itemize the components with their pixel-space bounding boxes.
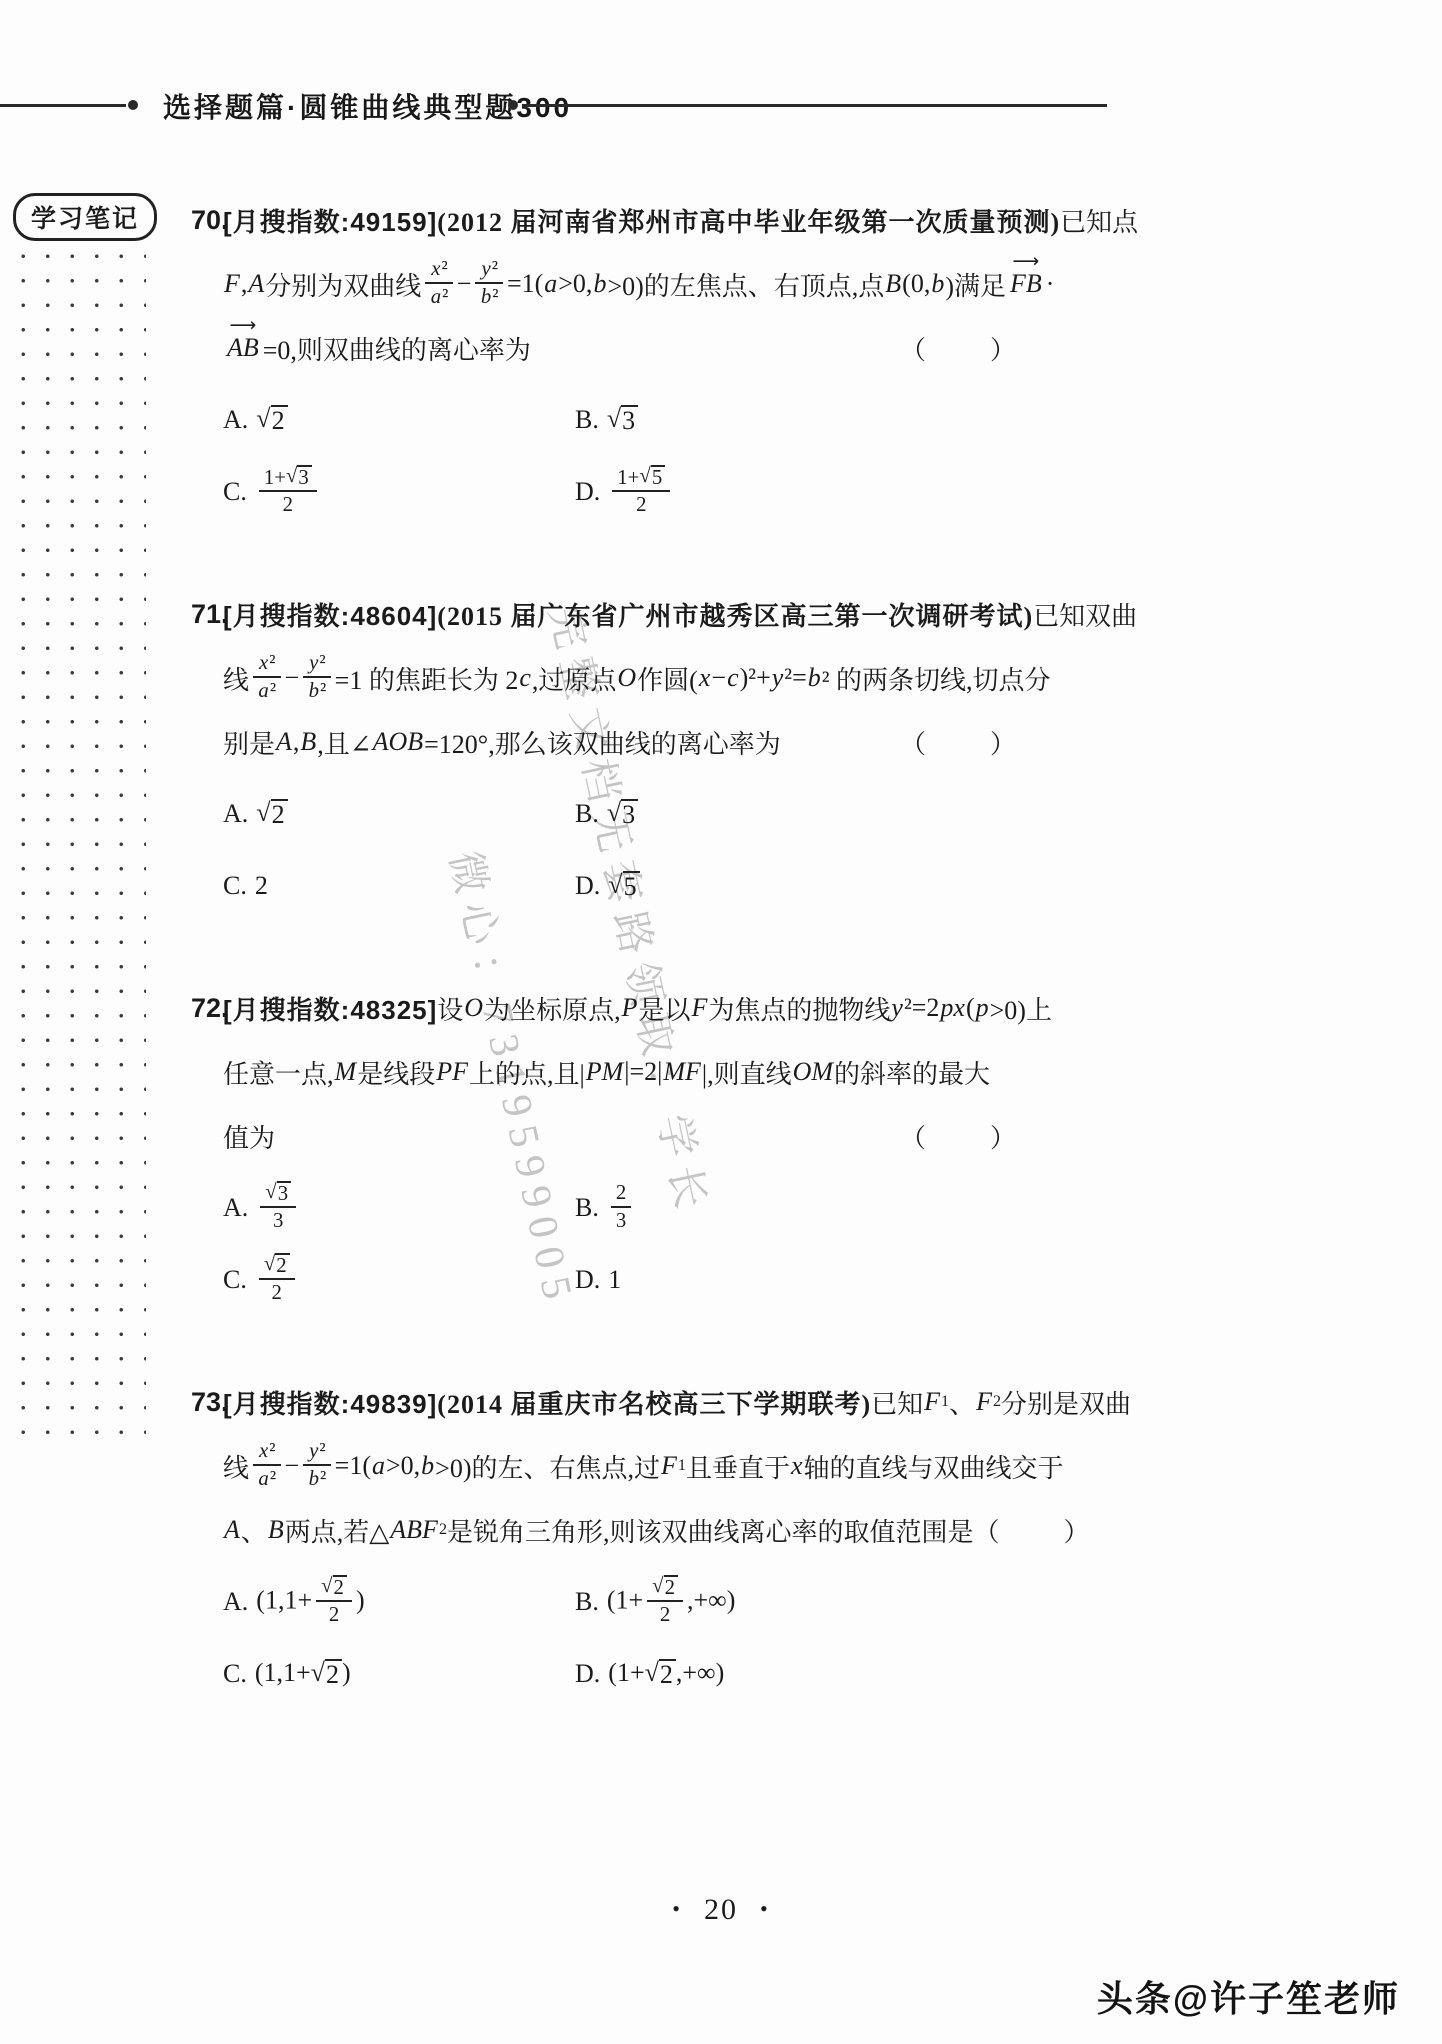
option-A: A.√2 <box>223 778 575 850</box>
question-line: 值为（ ） <box>223 1104 1020 1168</box>
question-text: 线x²a²−y²b²=1 的焦距长为 2c,过原点 O 作圆(x−c)²+y²=… <box>223 652 1051 704</box>
radical: √2 <box>652 1575 678 1600</box>
question-71: 71.[月搜指数:48604] (2015 届广东省广州市越秀区高三第一次调研考… <box>192 582 1020 922</box>
option-label: A. <box>223 1587 248 1617</box>
option-B: B.23 <box>575 1172 635 1244</box>
header-rule-left <box>0 104 126 107</box>
answer-blank: （ ） <box>900 330 1020 367</box>
option-value: (1+√2,+∞) <box>608 1658 724 1690</box>
question-line: 线x²a²−y²b²=1 的焦距长为 2c,过原点 O 作圆(x−c)²+y²=… <box>223 646 1020 710</box>
question-text: AB=0,则双曲线的离心率为 <box>223 330 531 367</box>
header-dot-left <box>128 100 138 110</box>
brand-signature: 头条@许子笙老师 <box>1097 1971 1400 2022</box>
option-B: B.√3 <box>575 384 674 456</box>
radical: √3 <box>607 799 638 830</box>
option-value: √3 <box>607 798 638 830</box>
option-label: D. <box>575 1659 600 1689</box>
option-B: B.(1+√22,+∞) <box>575 1566 735 1638</box>
option-label: C. <box>223 1265 247 1295</box>
question-text: 别是 A,B,且∠AOB=120°,那么该双曲线的离心率为 <box>223 724 781 761</box>
option-value: (1+√22,+∞) <box>607 1576 736 1629</box>
answer-blank: （ ） <box>900 724 1020 761</box>
search-index-tag: [月搜指数:48325] <box>223 990 437 1027</box>
question-line: A、B 两点,若△ABF2 是锐角三角形,则该双曲线离心率的取值范围是（ ） <box>223 1498 1020 1562</box>
radical: √2 <box>321 1575 347 1600</box>
page-dot-left: • <box>650 1896 704 1921</box>
question-text: A、B 两点,若△ABF2 是锐角三角形,则该双曲线离心率的取值范围是 <box>223 1512 974 1549</box>
option-B: B.√3 <box>575 778 640 850</box>
question-line: F,A 分别为双曲线x²a²−y²b²=1(a>0,b>0)的左焦点、右顶点,点… <box>223 252 1020 316</box>
question-line: 别是 A,B,且∠AOB=120°,那么该双曲线的离心率为（ ） <box>223 710 1020 774</box>
fraction: y²b² <box>303 1439 330 1491</box>
radical: √3 <box>286 465 312 490</box>
fraction: 1+√32 <box>259 465 317 518</box>
question-text: [月搜指数:49159] (2012 届河南省郑州市高中毕业年级第一次质量预测)… <box>223 202 1138 239</box>
radical: √3 <box>607 405 638 436</box>
option-value: (1,1+√2) <box>255 1658 351 1690</box>
search-index-tag: [月搜指数:49839] <box>223 1384 437 1421</box>
fraction: √22 <box>259 1253 295 1306</box>
fraction: √22 <box>316 1575 352 1628</box>
header-dot-right <box>508 100 518 110</box>
radical: √5 <box>608 871 639 902</box>
study-notes-label: 学习笔记 <box>13 193 157 241</box>
option-C: C.2 <box>223 850 575 922</box>
option-value: √3 <box>607 404 638 436</box>
question-number: 73. <box>191 1370 229 1434</box>
question-number: 72. <box>191 976 229 1040</box>
option-label: C. <box>223 1659 247 1689</box>
option-D: D.√5 <box>575 850 640 922</box>
option-label: A. <box>223 1193 248 1223</box>
search-index-tag: [月搜指数:49159] <box>223 202 437 239</box>
option-D: D.(1+√2,+∞) <box>575 1638 735 1710</box>
question-line: [月搜指数:48325] 设 O 为坐标原点,P 是以 F 为焦点的抛物线 y²… <box>223 976 1020 1040</box>
question-line: [月搜指数:49159] (2012 届河南省郑州市高中毕业年级第一次质量预测)… <box>223 188 1020 252</box>
question-text: [月搜指数:48604] (2015 届广东省广州市越秀区高三第一次调研考试)已… <box>223 596 1137 633</box>
radical: √2 <box>264 1253 290 1278</box>
question-line: [月搜指数:48604] (2015 届广东省广州市越秀区高三第一次调研考试)已… <box>223 582 1020 646</box>
option-label: B. <box>575 1193 599 1223</box>
vector-overline: AB <box>226 333 260 363</box>
question-text: 线x²a²−y²b²=1(a>0,b>0)的左、右焦点,过 F1 且垂直于 x … <box>223 1440 1064 1492</box>
option-value: 1+√52 <box>608 466 674 519</box>
option-A: A.(1,1+√22) <box>223 1566 575 1638</box>
radical: √5 <box>639 465 665 490</box>
exam-source: (2014 届重庆市名校高三下学期联考) <box>437 1384 871 1421</box>
option-label: C. <box>223 871 247 901</box>
question-70: 70.[月搜指数:49159] (2012 届河南省郑州市高中毕业年级第一次质量… <box>192 188 1020 528</box>
question-line: 任意一点,M 是线段 PF 上的点,且|PM|=2|MF|,则直线 OM 的斜率… <box>223 1040 1020 1104</box>
option-value: √22 <box>255 1254 299 1307</box>
option-C: C.√22 <box>223 1244 575 1316</box>
page-number-row: •20• <box>0 1893 1442 1927</box>
fraction: √33 <box>260 1181 296 1234</box>
option-C: C.1+√32 <box>223 456 575 528</box>
question-text: [月搜指数:49839] (2014 届重庆市名校高三下学期联考)已知 F1、F… <box>223 1384 1131 1421</box>
option-label: B. <box>575 799 599 829</box>
options-grid: A.√2B.√3C.1+√32D.1+√52 <box>223 384 1020 528</box>
radical: √2 <box>645 1659 676 1690</box>
options-grid: A.√2B.√3C.2D.√5 <box>223 778 1020 922</box>
option-value: √2 <box>256 404 287 436</box>
question-line: [月搜指数:49839] (2014 届重庆市名校高三下学期联考)已知 F1、F… <box>223 1370 1020 1434</box>
question-text: 值为 <box>223 1118 275 1155</box>
option-D: D.1+√52 <box>575 456 674 528</box>
vector-overline: FB <box>1009 269 1043 299</box>
fraction: y²b² <box>303 651 330 703</box>
question-number: 70. <box>191 188 229 252</box>
page-number: 20 <box>704 1893 738 1926</box>
option-value: √2 <box>256 798 287 830</box>
option-label: A. <box>223 799 248 829</box>
exam-source: (2015 届广东省广州市越秀区高三第一次调研考试) <box>437 596 1033 633</box>
option-label: D. <box>575 477 600 507</box>
page-dot-right: • <box>738 1896 792 1921</box>
option-value: (1,1+√22) <box>256 1576 364 1629</box>
question-text: F,A 分别为双曲线x²a²−y²b²=1(a>0,b>0)的左焦点、右顶点,点… <box>223 258 1054 310</box>
option-label: C. <box>223 477 247 507</box>
option-value: 1+√32 <box>255 466 321 519</box>
option-value: √5 <box>608 870 639 902</box>
fraction: x²a² <box>253 1439 280 1491</box>
answer-blank: （ ） <box>974 1512 1094 1549</box>
question-number: 71. <box>191 582 229 646</box>
option-value: √33 <box>256 1182 300 1235</box>
fraction: 1+√52 <box>612 465 670 518</box>
option-label: B. <box>575 405 599 435</box>
radical: √3 <box>265 1181 291 1206</box>
search-index-tag: [月搜指数:48604] <box>223 596 437 633</box>
question-text: 任意一点,M 是线段 PF 上的点,且|PM|=2|MF|,则直线 OM 的斜率… <box>223 1054 990 1091</box>
option-value: 23 <box>607 1182 635 1234</box>
option-value: 2 <box>255 871 268 901</box>
questions-area: 70.[月搜指数:49159] (2012 届河南省郑州市高中毕业年级第一次质量… <box>192 188 1020 1764</box>
options-grid: A.√33B.23C.√22D.1 <box>223 1172 1020 1316</box>
answer-blank: （ ） <box>900 1118 1020 1155</box>
fraction: √22 <box>647 1575 683 1628</box>
question-72: 72.[月搜指数:48325] 设 O 为坐标原点,P 是以 F 为焦点的抛物线… <box>192 976 1020 1316</box>
radical: √2 <box>256 799 287 830</box>
option-C: C.(1,1+√2) <box>223 1638 575 1710</box>
option-label: D. <box>575 1265 600 1295</box>
radical: √2 <box>256 405 287 436</box>
fraction: 23 <box>611 1181 631 1233</box>
option-label: B. <box>575 1587 599 1617</box>
option-A: A.√2 <box>223 384 575 456</box>
question-line: AB=0,则双曲线的离心率为（ ） <box>223 316 1020 380</box>
option-D: D.1 <box>575 1244 635 1316</box>
margin-dot-grid <box>5 238 146 1448</box>
option-A: A.√33 <box>223 1172 575 1244</box>
question-text: [月搜指数:48325] 设 O 为坐标原点,P 是以 F 为焦点的抛物线 y²… <box>223 990 1052 1027</box>
question-line: 线x²a²−y²b²=1(a>0,b>0)的左、右焦点,过 F1 且垂直于 x … <box>223 1434 1020 1498</box>
header-rule-right <box>522 104 1107 107</box>
option-label: A. <box>223 405 248 435</box>
radical: √2 <box>311 1659 342 1690</box>
question-73: 73.[月搜指数:49839] (2014 届重庆市名校高三下学期联考)已知 F… <box>192 1370 1020 1710</box>
option-label: D. <box>575 871 600 901</box>
options-grid: A.(1,1+√22)B.(1+√22,+∞)C.(1,1+√2)D.(1+√2… <box>223 1566 1020 1710</box>
fraction: x²a² <box>425 257 452 309</box>
fraction: y²b² <box>475 257 502 309</box>
option-value: 1 <box>608 1265 621 1295</box>
exam-source: (2012 届河南省郑州市高中毕业年级第一次质量预测) <box>437 202 1060 239</box>
fraction: x²a² <box>253 651 280 703</box>
